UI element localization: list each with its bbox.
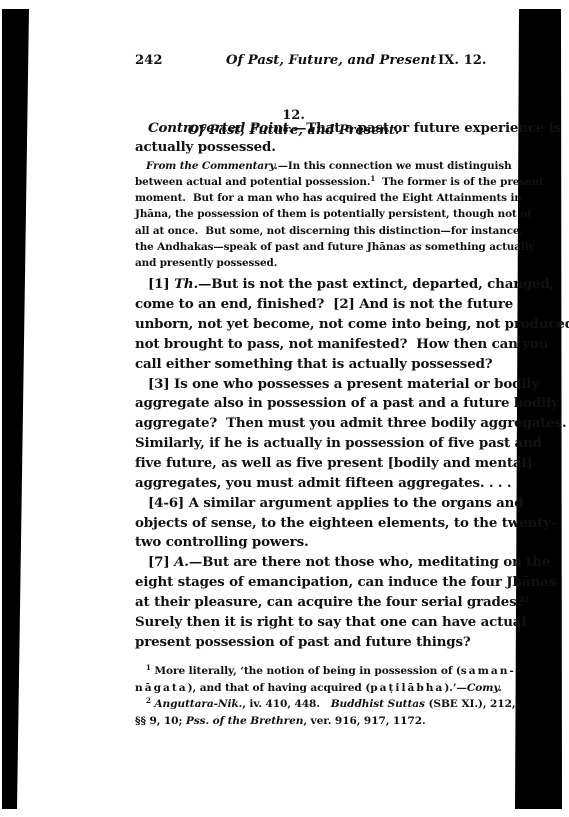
commentary-line-2: between actual and potential possession.… <box>135 176 488 188</box>
commentary-line-4: Jhāna, the possession of them is potenti… <box>135 208 488 220</box>
controverted-point-label: Controverted Point. <box>148 120 293 136</box>
commentary-line-6: the Andhakas—speak of past and future Jh… <box>135 241 488 253</box>
commentary-line-1: From the Commentary.—In this connection … <box>146 160 488 172</box>
speaker-a: A. <box>174 554 189 570</box>
body-p7-line-1: [7] A.—But are there not those who, medi… <box>148 554 488 570</box>
body-p1-line-2: come to an end, finished? [2] And is not… <box>135 296 488 312</box>
body-p3-line-6: aggregates, you must admit fifteen aggre… <box>135 475 488 491</box>
speaker-th: Th. <box>174 276 198 292</box>
footnote-1-line-2: nāgata), and that of having acquired (pa… <box>135 682 488 694</box>
footnote-2-line-1: 2 Anguttara-Nik., iv. 410, 448. Buddhist… <box>146 698 488 710</box>
body-p1-line-3: unborn, not yet become, not come into be… <box>135 316 488 332</box>
body-p7-line-4: Surely then it is right to say that one … <box>135 614 488 630</box>
body-p1-line-4: not brought to pass, not manifested? How… <box>135 336 488 352</box>
body-p1-line-1: [1] Th.—But is not the past extinct, dep… <box>148 276 488 292</box>
body-p3-line-2: aggregate also in possession of a past a… <box>135 395 488 411</box>
footnote-1-line-1: 1 More literally, ‘the notion of being i… <box>146 665 488 677</box>
footnote-ref-2[interactable]: 2 <box>524 595 529 604</box>
footnote-2-line-2: §§ 9, 10; Pss. of the Brethren, ver. 916… <box>135 715 488 727</box>
body-p7-line-5: present possession of past and future th… <box>135 634 488 650</box>
footnote-2-mark: 2 <box>146 696 151 705</box>
page-number: 242 <box>135 53 163 68</box>
commentary-line-7: and presently possessed. <box>135 257 488 269</box>
body-p1-line-5: call either something that is actually p… <box>135 356 488 372</box>
body-p7-line-2: eight stages of emancipation, can induce… <box>135 574 488 590</box>
body-p4-line-1: [4-6] A similar argument applies to the … <box>148 495 488 511</box>
body-p3-line-3: aggregate? Then must you admit three bod… <box>135 415 488 431</box>
controverted-point-line-2: actually possessed. <box>135 139 488 155</box>
running-title: Of Past, Future, and Present <box>226 53 436 68</box>
section-reference: IX. 12. <box>438 53 487 68</box>
body-p3-line-1: [3] Is one who possesses a present mater… <box>148 376 488 392</box>
commentary-line-3: moment. But for a man who has acquired t… <box>135 192 488 204</box>
body-p4-line-3: two controlling powers. <box>135 534 488 550</box>
body-p3-line-5: five future, as well as five present [bo… <box>135 455 488 471</box>
body-p7-line-3: at their pleasure, can acquire the four … <box>135 594 488 610</box>
book-page: 242 Of Past, Future, and Present IX. 12.… <box>0 0 569 817</box>
body-p3-line-4: Similarly, if he is actually in possessi… <box>135 435 488 451</box>
body-p4-line-2: objects of sense, to the eighteen elemen… <box>135 515 488 531</box>
commentary-line-5: all at once. But some, not discerning th… <box>135 225 488 237</box>
controverted-point-line-1: Controverted Point.—That a past or futur… <box>148 120 488 136</box>
commentary-label: From the Commentary. <box>146 160 278 172</box>
